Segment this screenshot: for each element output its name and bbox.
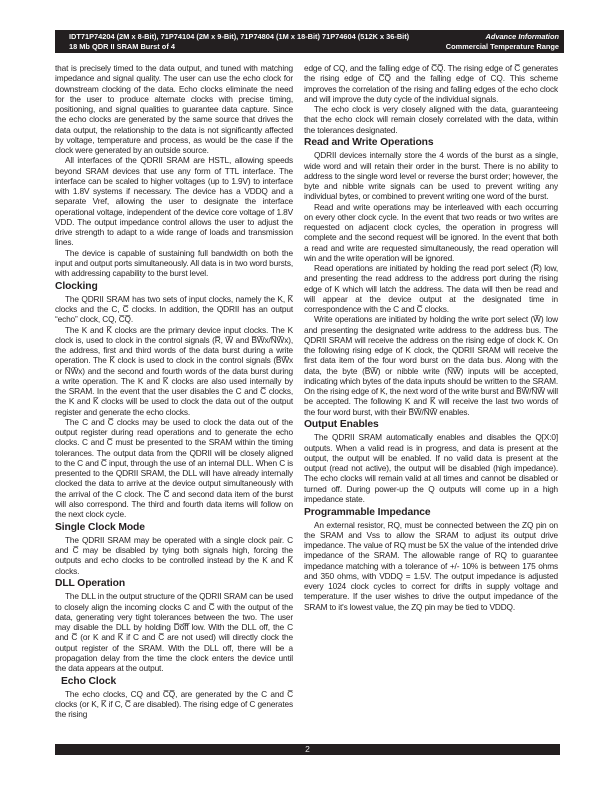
page-number: 2: [305, 744, 310, 754]
header-row-top: IDT71P74204 (2M x 8-Bit), 71P74104 (2M x…: [69, 32, 559, 42]
header-row-bottom: 18 Mb QDR II SRAM Burst of 4 Commercial …: [69, 42, 559, 52]
paragraph: The device is capable of sustaining full…: [55, 248, 293, 279]
part-numbers: IDT71P74204 (2M x 8-Bit), 71P74104 (2M x…: [69, 32, 409, 42]
section-heading-output-enables: Output Enables: [304, 419, 558, 431]
paragraph: The DLL in the output structure of the Q…: [55, 591, 293, 673]
paragraph: The K and K̅ clocks are the primary devi…: [55, 325, 293, 417]
paragraph: The C and C̅ clocks may be used to clock…: [55, 417, 293, 520]
temperature-range-label: Commercial Temperature Range: [446, 42, 559, 52]
left-column: that is precisely timed to the data outp…: [55, 63, 293, 720]
paragraph: The QDRII SRAM may be operated with a si…: [55, 535, 293, 576]
section-heading-read-and-write-operations: Read and Write Operations: [304, 137, 558, 149]
product-title: 18 Mb QDR II SRAM Burst of 4: [69, 42, 175, 52]
paragraph: The QDRII SRAM has two sets of input clo…: [55, 294, 293, 325]
header-bar: IDT71P74204 (2M x 8-Bit), 71P74104 (2M x…: [55, 30, 564, 53]
section-heading-echo-clock: Echo Clock: [55, 676, 293, 688]
paragraph: An external resistor, RQ, must be connec…: [304, 520, 558, 612]
section-heading-programmable-impedance: Programmable Impedance: [304, 507, 558, 519]
footer-bar: 2: [55, 744, 560, 755]
paragraph: Write operations are initiated by holdin…: [304, 314, 558, 417]
paragraph: Read and write operations may be interle…: [304, 202, 558, 264]
paragraph: edge of CQ, and the falling edge of C̅Q̅…: [304, 63, 558, 104]
datasheet-page: IDT71P74204 (2M x 8-Bit), 71P74104 (2M x…: [0, 0, 612, 792]
paragraph: that is precisely timed to the data outp…: [55, 63, 293, 155]
paragraph: The echo clocks, CQ and C̅Q̅, are genera…: [55, 689, 293, 720]
paragraph: QDRII devices internally store the 4 wor…: [304, 150, 558, 201]
paragraph: The QDRII SRAM automatically enables and…: [304, 432, 558, 504]
paragraph: All interfaces of the QDRII SRAM are HST…: [55, 155, 293, 247]
paragraph: The echo clock is very closely aligned w…: [304, 104, 558, 135]
section-heading-dll-operation: DLL Operation: [55, 578, 293, 590]
section-heading-single-clock-mode: Single Clock Mode: [55, 522, 293, 534]
advance-information-label: Advance Information: [485, 32, 559, 42]
right-column: edge of CQ, and the falling edge of C̅Q̅…: [304, 63, 558, 720]
paragraph: Read operations are initiated by holding…: [304, 263, 558, 314]
page-content: that is precisely timed to the data outp…: [55, 63, 558, 720]
section-heading-clocking: Clocking: [55, 281, 293, 293]
